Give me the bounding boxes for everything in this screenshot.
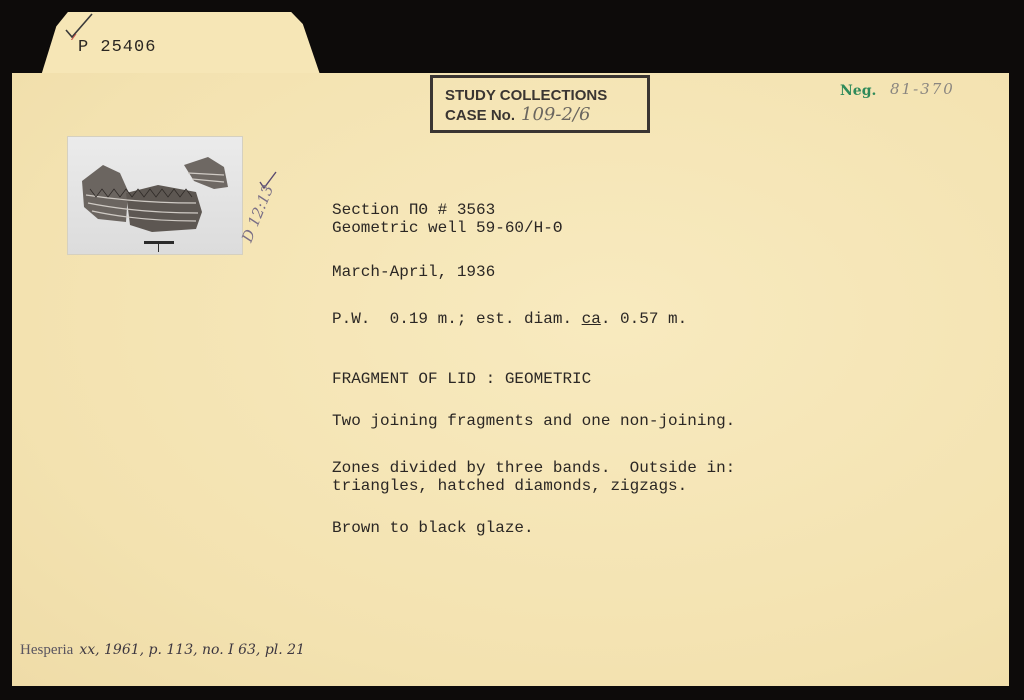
context-line: Geometric well 59-60/H-Θ xyxy=(332,219,562,237)
object-title: FRAGMENT OF LID : GEOMETRIC xyxy=(332,370,591,388)
case-label: CASE No. xyxy=(445,107,515,124)
study-collections-stamp: STUDY COLLECTIONS CASE No.109-2/6 xyxy=(430,75,650,133)
reference-journal: Hesperia xyxy=(20,642,73,658)
description-glaze: Brown to black glaze. xyxy=(332,519,534,537)
object-photograph xyxy=(67,136,243,255)
excavation-date: March-April, 1936 xyxy=(332,263,495,281)
publication-reference: Hesperiaxx, 1961, p. 113, no. I 63, pl. … xyxy=(20,642,305,659)
description-zones-1: Zones divided by three bands. Outside in… xyxy=(332,459,735,477)
stamp-line-2: CASE No.109-2/6 xyxy=(445,105,647,125)
negative-number: 81-370 xyxy=(890,80,955,98)
negative-label: Neg. xyxy=(840,83,876,99)
dimensions-ca: ca xyxy=(582,310,601,328)
checkmark-icon xyxy=(64,12,94,40)
dimensions-line: P.W. 0.19 m.; est. diam. ca. 0.57 m. xyxy=(332,310,687,328)
pottery-fragments-image xyxy=(68,137,242,254)
section-line: Section ΠΘ # 3563 xyxy=(332,201,495,219)
stamp-line-1: STUDY COLLECTIONS xyxy=(445,86,647,105)
catalog-number: P 25406 xyxy=(78,38,156,57)
dimensions-prefix: P.W. 0.19 m.; est. diam. xyxy=(332,310,582,328)
description-fragments: Two joining fragments and one non-joinin… xyxy=(332,412,735,430)
dimensions-suffix: . 0.57 m. xyxy=(601,310,687,328)
description-zones-2: triangles, hatched diamonds, zigzags. xyxy=(332,477,687,495)
case-number: 109-2/6 xyxy=(521,104,590,125)
reference-citation: xx, 1961, p. 113, no. I 63, pl. 21 xyxy=(79,642,305,658)
